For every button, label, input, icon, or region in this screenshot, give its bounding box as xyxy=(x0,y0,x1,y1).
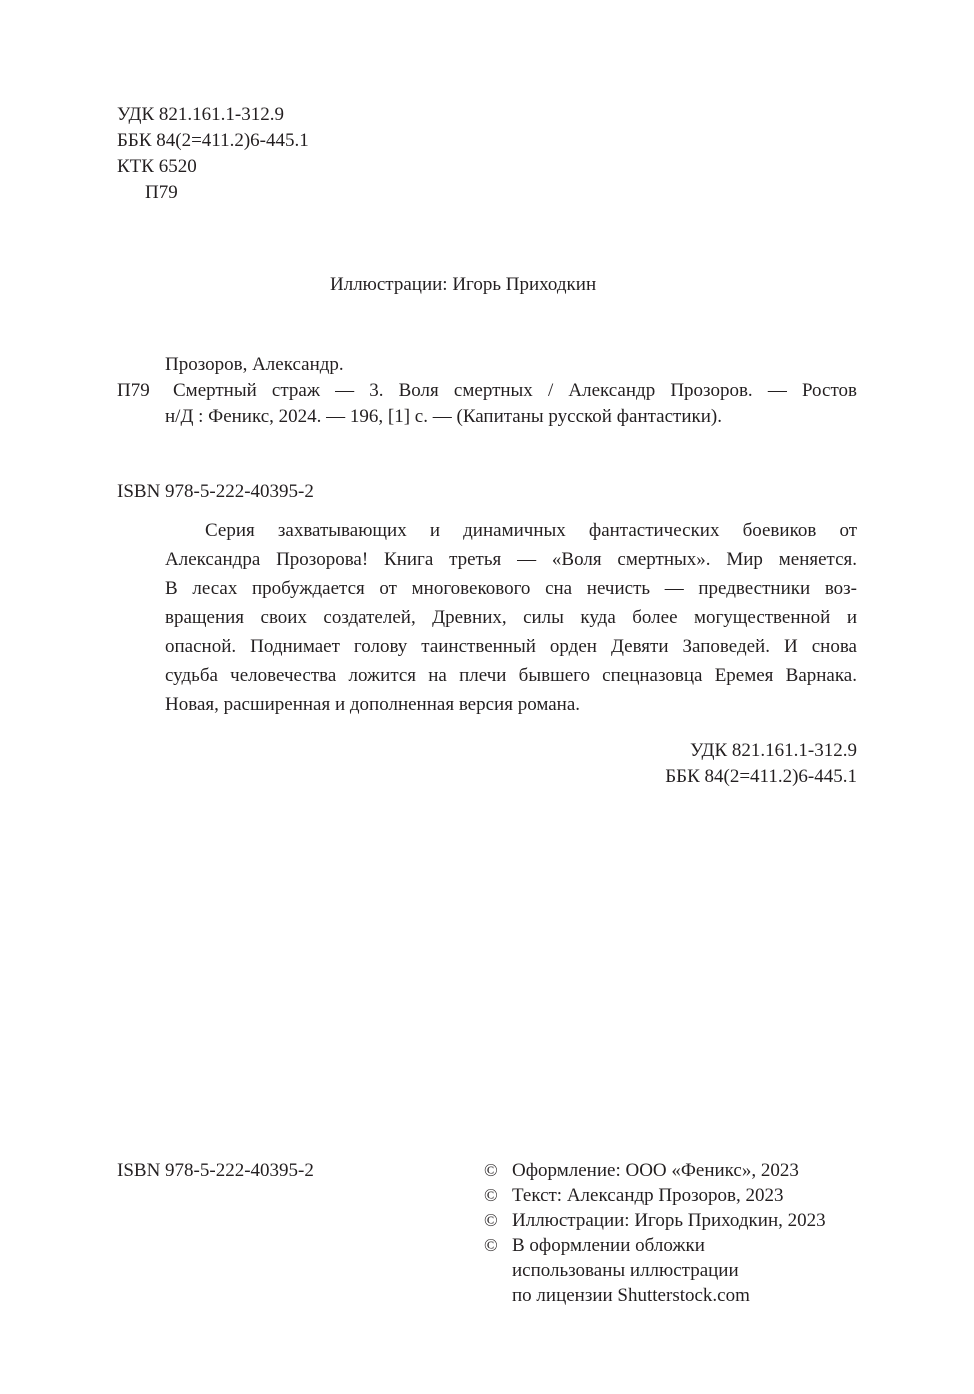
udk-code: УДК 821.161.1-312.9 xyxy=(665,738,857,764)
annotation-line: судьба человечества ложится на плечи быв… xyxy=(165,661,857,690)
copyright-icon: © xyxy=(484,1183,498,1208)
copyright-continuation: по лицензии Shutterstock.com xyxy=(484,1283,826,1308)
annotation: Серия захватывающих и динамичных фантаст… xyxy=(165,516,857,719)
author-mark: П79 xyxy=(117,180,309,206)
annotation-line: Александра Прозорова! Книга третья — «Во… xyxy=(165,545,857,574)
copyright-text: Иллюстрации: Игорь Приходкин, 2023 xyxy=(512,1210,826,1231)
illustrator-credit: Иллюстрации: Игорь Приходкин xyxy=(330,272,596,298)
annotation-line: Серия захватывающих и динамичных фантаст… xyxy=(165,516,857,545)
bibliographic-line-2: н/Д : Феникс, 2024. — 196, [1] с. — (Кап… xyxy=(165,404,722,430)
annotation-line: Новая, расширенная и дополненная версия … xyxy=(165,690,857,719)
udk-code: УДК 821.161.1-312.9 xyxy=(117,102,309,128)
bbk-code: ББК 84(2=411.2)6-445.1 xyxy=(665,764,857,790)
copyright-block: © Оформление: ООО «Феникс», 2023 © Текст… xyxy=(484,1158,826,1308)
copyright-icon: © xyxy=(484,1208,498,1233)
copyright-item: © В оформлении обложки xyxy=(484,1233,826,1258)
copyright-text: Текст: Александр Прозоров, 2023 xyxy=(512,1185,784,1206)
copyright-item: © Оформление: ООО «Феникс», 2023 xyxy=(484,1158,826,1183)
classification-codes-top: УДК 821.161.1-312.9 ББК 84(2=411.2)6-445… xyxy=(117,102,309,206)
copyright-item: © Текст: Александр Прозоров, 2023 xyxy=(484,1183,826,1208)
ktk-code: КТК 6520 xyxy=(117,154,309,180)
annotation-line: В лесах пробуждается от многовекового сн… xyxy=(165,574,857,603)
copyright-icon: © xyxy=(484,1233,498,1258)
copyright-text: В оформлении обложки xyxy=(512,1235,705,1256)
isbn: ISBN 978-5-222-40395-2 xyxy=(117,479,314,505)
author-mark: П79 xyxy=(117,378,150,404)
annotation-line: опасной. Поднимает голову таинственный о… xyxy=(165,632,857,661)
annotation-line: вращения своих создателей, Древних, силы… xyxy=(165,603,857,632)
isbn-bottom: ISBN 978-5-222-40395-2 xyxy=(117,1158,314,1184)
copyright-text: Оформление: ООО «Феникс», 2023 xyxy=(512,1160,799,1181)
copyright-icon: © xyxy=(484,1158,498,1183)
classification-codes-bottom: УДК 821.161.1-312.9 ББК 84(2=411.2)6-445… xyxy=(665,738,857,790)
bibliographic-line-1: Смертный страж — 3. Воля смертных / Алек… xyxy=(173,378,857,404)
bibliographic-record: Прозоров, Александр. П79 Смертный страж … xyxy=(117,352,857,430)
copyright-continuation: использованы иллюстрации xyxy=(484,1258,826,1283)
bbk-code: ББК 84(2=411.2)6-445.1 xyxy=(117,128,309,154)
copyright-item: © Иллюстрации: Игорь Приходкин, 2023 xyxy=(484,1208,826,1233)
author-heading: Прозоров, Александр. xyxy=(117,352,857,378)
